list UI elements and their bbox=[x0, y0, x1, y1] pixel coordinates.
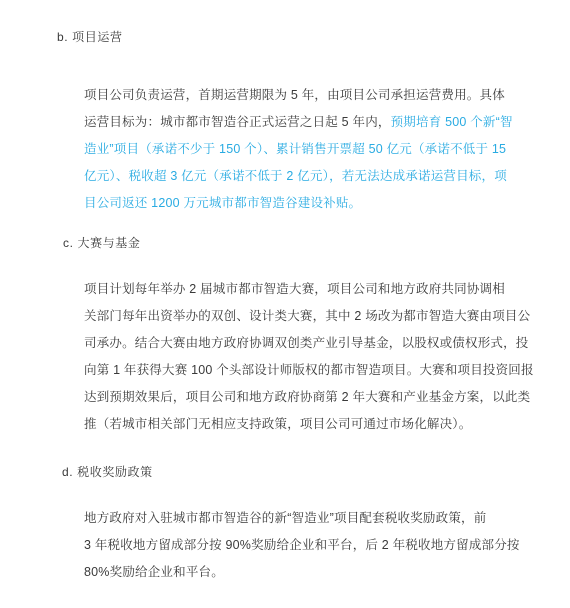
text-line: 亿元）、税收超 3 亿元（承诺不低于 2 亿元），若无法达成承诺运营目标，项 bbox=[84, 163, 513, 190]
text-segment: 向第 1 年获得大赛 100 个头部设计师版权的都市智造项目。大赛和项目投资回报 bbox=[84, 363, 534, 377]
text-line: 项目公司负责运营，首期运营期限为 5 年，由项目公司承担运营费用。具体 bbox=[84, 82, 513, 109]
section-d-heading: d. 税收奖励政策 bbox=[62, 465, 153, 479]
text-line: 造业”项目（承诺不少于 150 个）、累计销售开票超 50 亿元（承诺不低于 1… bbox=[84, 136, 513, 163]
text-segment: 3 年税收地方留成部分按 90%奖励给企业和平台，后 2 年税收地方留成部分按 bbox=[84, 538, 520, 552]
text-line: 项目计划每年举办 2 届城市都市智造大赛，项目公司和地方政府共同协调相 bbox=[84, 276, 534, 303]
highlighted-text-segment: 预期培育 500 个新“智 bbox=[391, 115, 513, 129]
text-segment: 达到预期效果后，项目公司和地方政府协商第 2 年大赛和产业基金方案，以此类 bbox=[84, 390, 530, 404]
section-c-heading: c. 大赛与基金 bbox=[63, 236, 140, 250]
text-line: 司承办。结合大赛由地方政府协调双创类产业引导基金，以股权或债权形式，投 bbox=[84, 330, 534, 357]
highlighted-text-segment: 亿元）、税收超 3 亿元（承诺不低于 2 亿元），若无法达成承诺运营目标，项 bbox=[84, 169, 507, 183]
text-segment: 司承办。结合大赛由地方政府协调双创类产业引导基金，以股权或债权形式，投 bbox=[84, 336, 529, 350]
text-line: 地方政府对入驻城市都市智造谷的新“智造业”项目配套税收奖励政策，前 bbox=[84, 505, 520, 532]
text-line: 推（若城市相关部门无相应支持政策，项目公司可通过市场化解决）。 bbox=[84, 411, 534, 438]
highlighted-text-segment: 造业”项目（承诺不少于 150 个）、累计销售开票超 50 亿元（承诺不低于 1… bbox=[84, 142, 506, 156]
section-d-paragraph: 地方政府对入驻城市都市智造谷的新“智造业”项目配套税收奖励政策，前3 年税收地方… bbox=[84, 505, 520, 586]
text-segment: 80%奖励给企业和平台。 bbox=[84, 565, 224, 579]
text-segment: 项目公司负责运营，首期运营期限为 5 年，由项目公司承担运营费用。具体 bbox=[84, 88, 505, 102]
text-line: 目公司返还 1200 万元城市都市智造谷建设补贴。 bbox=[84, 190, 513, 217]
section-b-paragraph: 项目公司负责运营，首期运营期限为 5 年，由项目公司承担运营费用。具体运营目标为… bbox=[84, 82, 513, 217]
text-segment: 地方政府对入驻城市都市智造谷的新“智造业”项目配套税收奖励政策，前 bbox=[84, 511, 486, 525]
highlighted-text-segment: 目公司返还 1200 万元城市都市智造谷建设补贴。 bbox=[84, 196, 361, 210]
text-line: 3 年税收地方留成部分按 90%奖励给企业和平台，后 2 年税收地方留成部分按 bbox=[84, 532, 520, 559]
text-line: 80%奖励给企业和平台。 bbox=[84, 559, 520, 586]
section-b-heading: b. 项目运营 bbox=[57, 30, 123, 44]
text-line: 运营目标为：城市都市智造谷正式运营之日起 5 年内，预期培育 500 个新“智 bbox=[84, 109, 513, 136]
text-line: 达到预期效果后，项目公司和地方政府协商第 2 年大赛和产业基金方案，以此类 bbox=[84, 384, 534, 411]
text-segment: 项目计划每年举办 2 届城市都市智造大赛，项目公司和地方政府共同协调相 bbox=[84, 282, 505, 296]
text-line: 向第 1 年获得大赛 100 个头部设计师版权的都市智造项目。大赛和项目投资回报 bbox=[84, 357, 534, 384]
text-segment: 运营目标为：城市都市智造谷正式运营之日起 5 年内， bbox=[84, 115, 391, 129]
text-segment: 关部门每年出资举办的双创、设计类大赛，其中 2 场改为都市智造大赛由项目公 bbox=[84, 309, 530, 323]
document-page: b. 项目运营 项目公司负责运营，首期运营期限为 5 年，由项目公司承担运营费用… bbox=[0, 0, 570, 608]
section-c-paragraph: 项目计划每年举办 2 届城市都市智造大赛，项目公司和地方政府共同协调相关部门每年… bbox=[84, 276, 534, 438]
text-segment: 推（若城市相关部门无相应支持政策，项目公司可通过市场化解决）。 bbox=[84, 417, 471, 431]
text-line: 关部门每年出资举办的双创、设计类大赛，其中 2 场改为都市智造大赛由项目公 bbox=[84, 303, 534, 330]
